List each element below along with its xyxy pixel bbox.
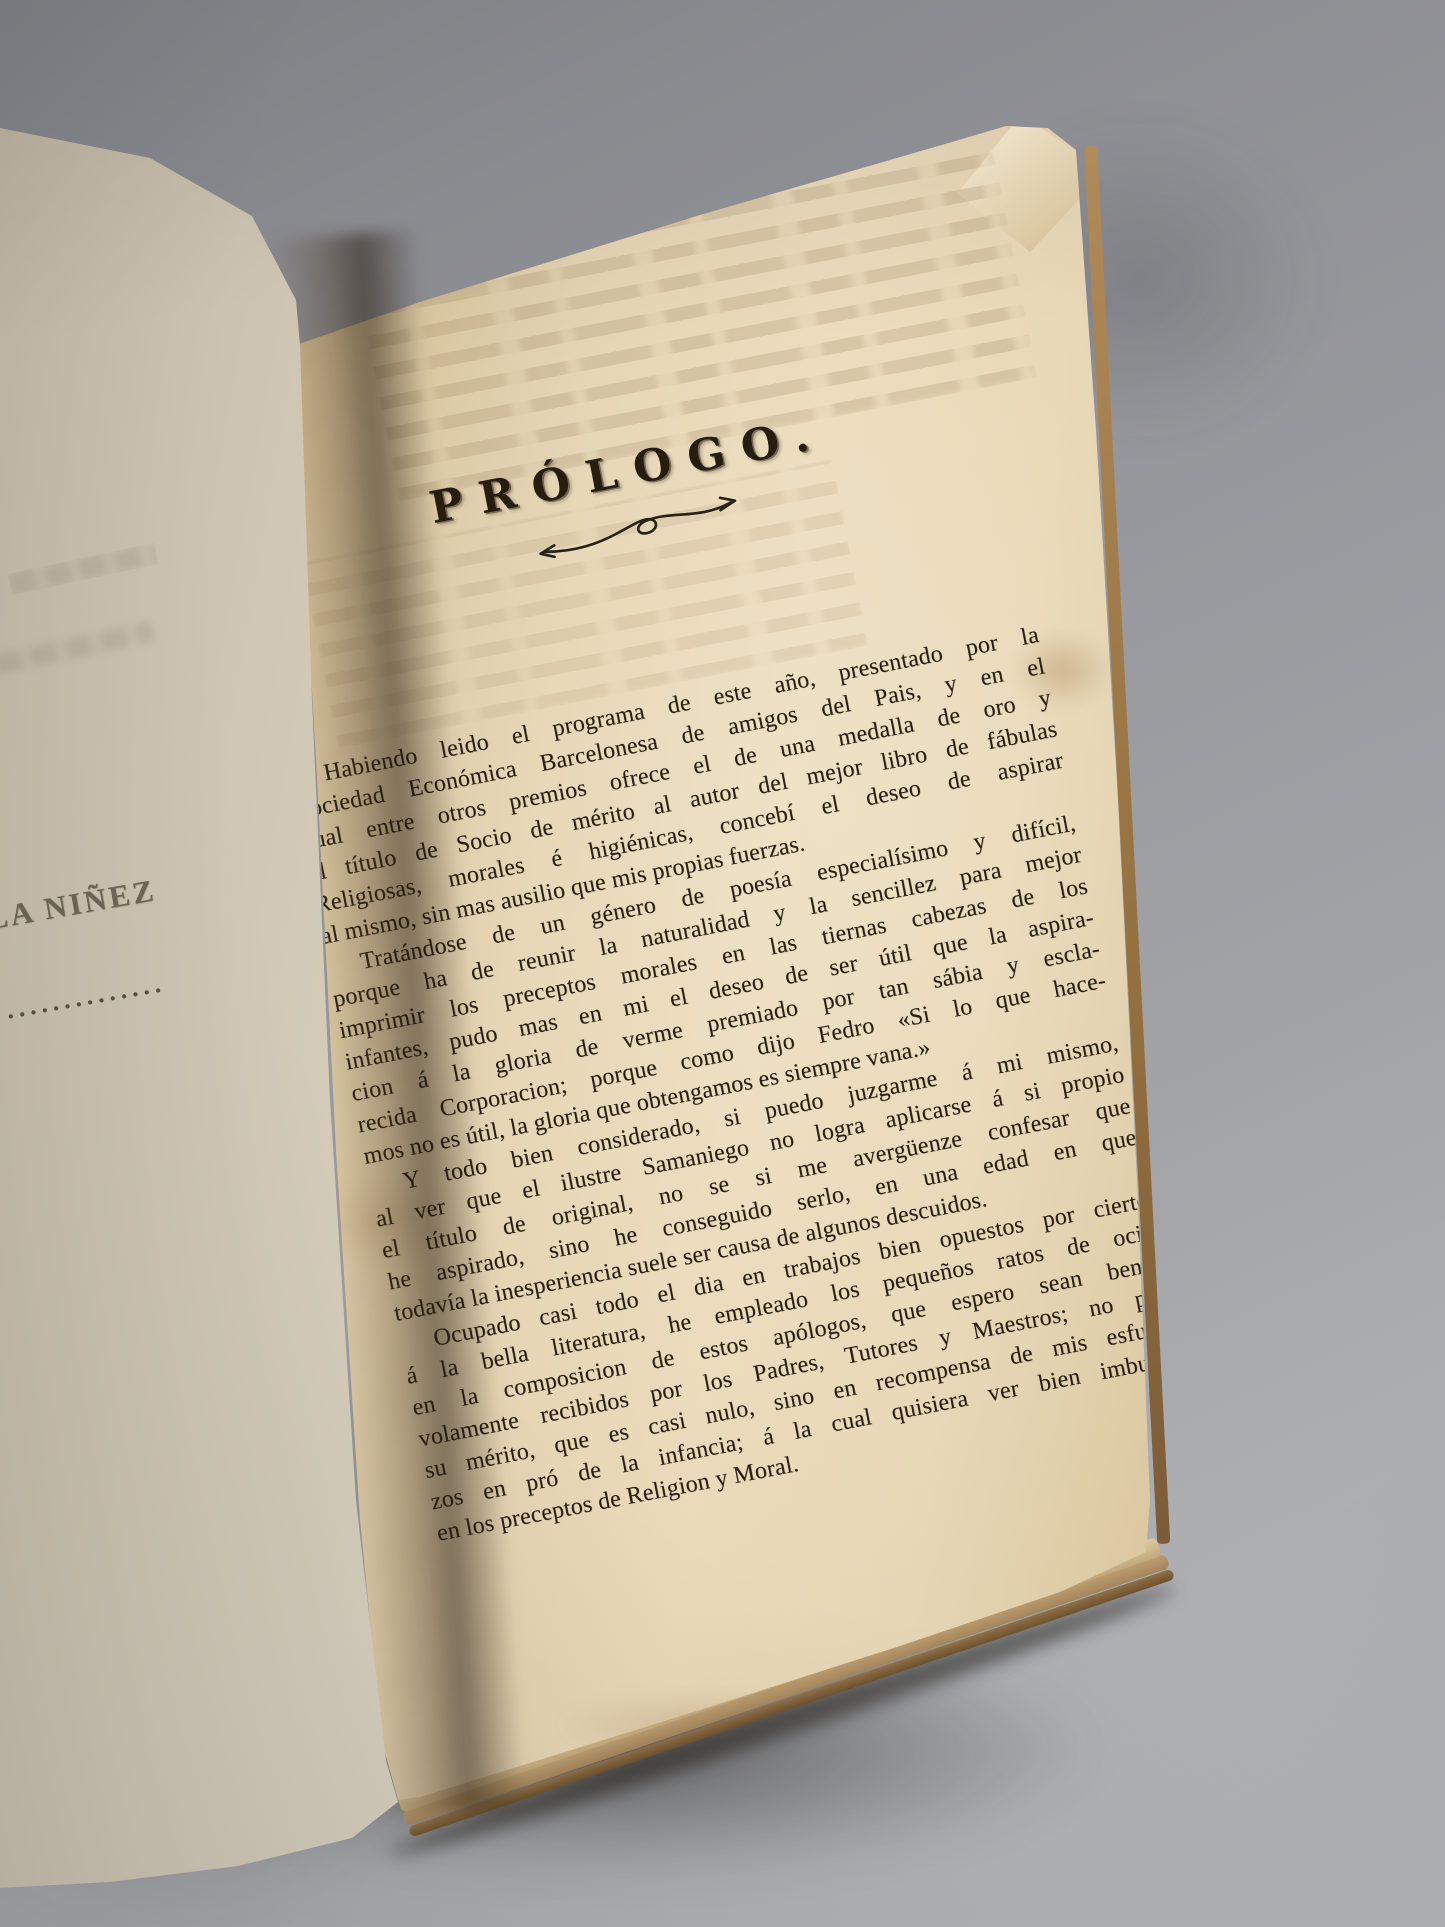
book-photo: PRÓLOGO. Habiendo leido el programa de e… xyxy=(0,0,1445,1927)
